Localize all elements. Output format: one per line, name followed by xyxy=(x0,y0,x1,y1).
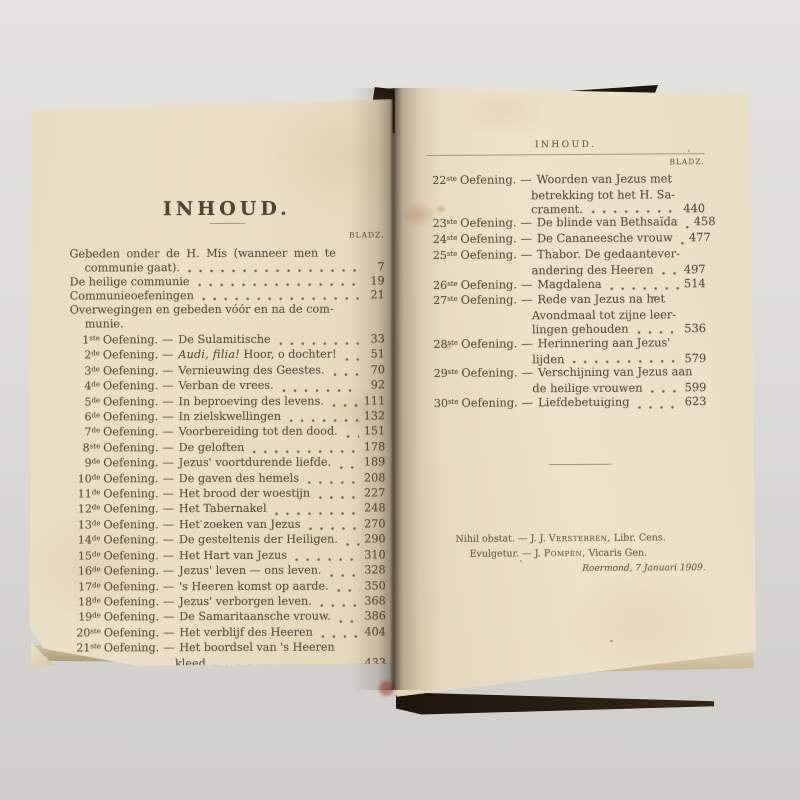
entry-title: Woorden van Jezus met xyxy=(537,172,673,187)
leader-dots xyxy=(337,588,360,592)
entry-ordinal-suffix: ste xyxy=(447,234,458,242)
toc-entry: 2deOefening.—Audi, filia! Hoor, o dochte… xyxy=(70,348,385,365)
entry-number: 29 xyxy=(434,367,448,380)
entry-ordinal: 26ste xyxy=(428,278,458,294)
entry-page-number: 310 xyxy=(362,548,386,561)
entry-dash: — xyxy=(163,610,174,623)
entry-title: Gebeden onder de H. Mis (wanneer men te xyxy=(70,247,336,262)
entry-ordinal: 18de xyxy=(71,595,101,611)
toc-entry: Communieoefeningen21 xyxy=(70,288,385,303)
entry-ordinal: 30ste xyxy=(428,397,458,413)
entry-ordinal: 19de xyxy=(71,611,101,627)
leader-dots xyxy=(346,542,360,546)
entry-ordinal: 25ste xyxy=(427,249,457,265)
toc-entry: Gebeden onder de H. Mis (wanneer men tec… xyxy=(70,246,385,275)
entry-ordinal-suffix: de xyxy=(92,612,101,620)
toc-line: kleed433 xyxy=(71,656,386,671)
entry-dash: — xyxy=(162,379,173,392)
entry-ordinal-suffix: de xyxy=(92,535,101,543)
entry-title: Het verblijf des Heeren xyxy=(179,625,312,639)
entry-label: Oefening. xyxy=(103,333,158,347)
foxing-speck xyxy=(200,520,202,522)
entry-dash: — xyxy=(162,441,173,454)
toc-entry: 14deOefening.—De gesteltenis der Heilige… xyxy=(71,533,386,550)
entry-dash: — xyxy=(163,564,174,577)
toc-line: 14deOefening.—De gesteltenis der Heilige… xyxy=(71,533,386,550)
entry-dash: — xyxy=(163,487,174,500)
toc-entry: 18deOefening.—Jezus' verborgen leven.368 xyxy=(71,594,386,611)
entry-dash: — xyxy=(163,533,174,546)
entry-label: Oefening. xyxy=(104,533,159,547)
entry-ordinal: 3de xyxy=(70,364,100,380)
entry-label: Oefening. xyxy=(103,503,158,517)
entry-number: 18 xyxy=(78,595,92,608)
entry-page-number: 151 xyxy=(361,425,385,438)
entry-dash: — xyxy=(521,294,532,308)
entry-title: Jezus' voortdurende liefde. xyxy=(179,456,331,470)
entry-number: 30 xyxy=(434,397,448,410)
leader-dots xyxy=(681,241,685,245)
leader-dots xyxy=(275,511,360,515)
toc-entry: 9deOefening.—Jezus' voortdurende liefde.… xyxy=(70,456,385,473)
entry-ordinal: 28ste xyxy=(428,338,458,354)
entry-ordinal: 22ste xyxy=(427,174,457,190)
entry-ordinal-suffix: ste xyxy=(448,368,459,376)
toc-line: 2deOefening.—Audi, filia! Hoor, o dochte… xyxy=(70,348,385,365)
title-rule xyxy=(209,223,245,224)
entry-label: Oefening. xyxy=(103,456,158,470)
entry-title: Thabor. De gedaantever- xyxy=(537,247,680,262)
toc-entry: 27steOefening.—Rede van Jezus na hetAvon… xyxy=(428,292,706,337)
entry-label: Oefening. xyxy=(461,367,517,381)
entry-ordinal: 24ste xyxy=(427,233,457,249)
entry-dash: — xyxy=(163,595,174,608)
toc-entry: 25steOefening.—Thabor. De gedaantever-an… xyxy=(427,247,705,279)
entry-title: De Samaritaansche vrouw. xyxy=(179,610,331,624)
front-matter-list: Gebeden onder de H. Mis (wanneer men tec… xyxy=(70,246,385,331)
entry-number: 14 xyxy=(78,534,92,547)
entry-title: De blinde van Bethsaïda xyxy=(537,216,678,231)
toc-entry: 8steOefening.—De geloften178 xyxy=(70,440,385,457)
entry-page-number: 623 xyxy=(682,395,706,409)
entry-ordinal: 12de xyxy=(70,503,100,519)
running-head: INHOUD. xyxy=(427,139,705,151)
entry-page-number: 178 xyxy=(361,440,385,453)
entry-ordinal: 17de xyxy=(71,580,101,596)
entry-title: De gesteltenis der Heiligen. xyxy=(179,533,338,547)
entry-title: Voorbereiding tot den dood. xyxy=(179,425,338,439)
leader-dots xyxy=(198,282,359,287)
toc-entry: 20steOefening.—Het verblijf des Heeren40… xyxy=(71,625,386,642)
entry-dash: — xyxy=(163,472,174,485)
entry-page-number: 21 xyxy=(361,288,385,302)
entry-title: Het zoeken van Jezus xyxy=(179,518,301,532)
foxing-speck xyxy=(610,640,613,642)
entry-ordinal-suffix: ste xyxy=(447,279,458,287)
entry-number: 10 xyxy=(78,472,92,485)
entry-page-number: 111 xyxy=(361,394,385,407)
toc-line: 15deOefening.—Het Hart van Jezus310 xyxy=(71,548,386,565)
entry-ordinal: 6de xyxy=(70,410,100,426)
foxing-stain xyxy=(437,206,445,212)
evulgetur-line: Evulgetur. — J. Pompen, Vicaris Gen. xyxy=(456,545,708,562)
leader-dots xyxy=(252,450,359,454)
running-head-rule xyxy=(427,153,705,156)
entry-ordinal-suffix: de xyxy=(91,411,100,419)
toc-line: 18deOefening.—Jezus' verborgen leven.368 xyxy=(71,594,386,611)
sprayed-page-edge-bottom xyxy=(379,681,394,696)
entry-page-number: 404 xyxy=(362,625,386,638)
toc-entry: 30steOefening.—Liefdebetuiging623 xyxy=(428,395,706,413)
entry-number: 16 xyxy=(78,565,92,578)
toc-entry: 28steOefening.—Herinnering aan Jezus'lij… xyxy=(428,336,706,368)
entry-page-number: 92 xyxy=(361,379,385,392)
leader-dots xyxy=(188,268,359,273)
entry-dash: — xyxy=(521,337,532,351)
entry-number: 15 xyxy=(78,549,92,562)
entry-dash: — xyxy=(162,349,173,362)
leader-dots xyxy=(346,434,360,438)
entry-title: andering des Heeren xyxy=(532,263,654,278)
toc-entry: 15deOefening.—Het Hart van Jezus310 xyxy=(71,548,386,565)
toc-line: De heilige communie19 xyxy=(70,274,385,289)
leader-dots xyxy=(651,389,681,393)
entry-title: Het Tabernakel xyxy=(179,502,267,516)
toc-line: 17deOefening.—'s Heeren komst op aarde.3… xyxy=(71,579,386,596)
entry-label: Oefening. xyxy=(460,233,516,247)
toc-line: 13deOefening.—Het zoeken van Jezus270 xyxy=(70,517,385,534)
toc-entry: 1steOefening.—De Sulamitische33 xyxy=(70,332,385,349)
entry-page-number: 7 xyxy=(361,260,385,274)
entry-ordinal-suffix: ste xyxy=(447,250,458,258)
entry-label: Oefening. xyxy=(103,441,158,455)
entry-ordinal: 14de xyxy=(71,534,101,550)
entry-page-number: 386 xyxy=(362,610,386,623)
entry-label: Oefening. xyxy=(103,518,158,532)
leader-dots xyxy=(282,388,359,392)
entry-ordinal: 15de xyxy=(71,549,101,565)
toc-entry: 3deOefening.—Vernieuwing des Geestes.70 xyxy=(70,363,385,380)
entry-ordinal: 20ste xyxy=(71,626,101,642)
entry-page-number: 477 xyxy=(687,231,711,245)
evulgetur-label: Evulgetur. — J. xyxy=(470,548,544,560)
entry-page-number: 248 xyxy=(361,502,385,515)
entry-title: De Cananeesche vrouw xyxy=(537,232,673,247)
foxing-speck xyxy=(688,150,690,152)
entry-title: Audi, filia! Hoor, o dochter! xyxy=(178,348,336,362)
entry-dash: — xyxy=(520,217,531,231)
entry-ordinal: 2de xyxy=(70,349,100,365)
entry-ordinal-suffix: ste xyxy=(90,442,101,450)
entry-ordinal-suffix: de xyxy=(92,550,101,558)
entry-number: 13 xyxy=(78,518,92,531)
toc-entry: 7deOefening.—Voorbereiding tot den dood.… xyxy=(70,425,385,442)
entry-title: In zielskwellingen xyxy=(179,410,282,424)
entry-title: In beproeving des levens. xyxy=(178,394,323,408)
toc-line: 19deOefening.—De Samaritaansche vrouw.38… xyxy=(71,610,386,627)
entry-dash: — xyxy=(162,410,173,423)
entry-title: Jezus' verborgen leven. xyxy=(179,595,312,609)
entry-title: 's Heeren komst op aarde. xyxy=(179,579,329,593)
entry-page-number: 433 xyxy=(362,656,386,669)
entry-page-number: 497 xyxy=(682,263,706,277)
leader-dots xyxy=(638,405,681,409)
entry-dash: — xyxy=(163,641,174,654)
entry-page-number: 579 xyxy=(682,352,706,366)
toc-line: Gebeden onder de H. Mis (wanneer men te xyxy=(70,246,385,261)
toc-line: 1steOefening.—De Sulamitische33 xyxy=(70,332,385,349)
entry-page-number: 208 xyxy=(361,471,385,484)
entry-dash: — xyxy=(162,426,173,439)
entry-title: Het brood der woestijn xyxy=(179,487,310,501)
entry-label: Oefening. xyxy=(103,426,158,440)
leader-dots xyxy=(329,573,359,577)
entry-dash: — xyxy=(163,580,174,593)
entry-label: Oefening. xyxy=(460,173,516,187)
entry-ordinal-suffix: ste xyxy=(447,218,458,226)
entry-dash: — xyxy=(163,503,174,516)
toc-line: 3deOefening.—Vernieuwing des Geestes.70 xyxy=(70,363,385,380)
entry-ordinal-suffix: de xyxy=(92,504,101,512)
toc-line: Communieoefeningen21 xyxy=(70,288,385,303)
entry-ordinal-suffix: ste xyxy=(446,175,457,183)
toc-line: 21steOefening.—Het boordsel van 's Heere… xyxy=(71,641,386,658)
entry-label: Oefening. xyxy=(460,217,516,231)
toc-entry: De heilige communie19 xyxy=(70,274,385,289)
entry-number: 11 xyxy=(78,487,92,500)
entry-title: Rede van Jezus na het xyxy=(537,293,665,308)
entry-title: kleed xyxy=(175,657,206,671)
toc-entry: 12deOefening.—Het Tabernakel248 xyxy=(70,502,385,519)
toc-entry: 22steOefening.—Woorden van Jezus metbetr… xyxy=(427,172,705,217)
leader-dots xyxy=(345,357,359,361)
entry-ordinal-suffix: de xyxy=(91,396,100,404)
entry-title: Communieoefeningen xyxy=(70,289,194,303)
entry-label: Oefening. xyxy=(103,472,158,486)
entry-label: Oefening. xyxy=(103,487,158,501)
entry-dash: — xyxy=(521,248,532,262)
entry-label: Oefening. xyxy=(461,278,517,292)
leader-dots xyxy=(307,481,359,485)
leader-dots xyxy=(339,465,359,469)
toc-entry: 6deOefening.—In zielskwellingen132 xyxy=(70,409,385,426)
entry-page-number: 270 xyxy=(361,517,385,530)
toc-line: 8steOefening.—De geloften178 xyxy=(70,440,385,457)
entry-dash: — xyxy=(163,549,174,562)
entry-dash: — xyxy=(163,518,174,531)
entry-number: 17 xyxy=(78,580,92,593)
entry-ordinal: 7de xyxy=(70,426,100,442)
entry-label: Oefening. xyxy=(103,379,158,393)
entry-label: Oefening. xyxy=(103,364,158,378)
entry-page-number: 514 xyxy=(682,277,706,291)
entry-number: 24 xyxy=(433,233,447,246)
entry-ordinal-suffix: de xyxy=(91,381,100,389)
book-cover-edge-bottom xyxy=(396,692,714,715)
toc-line: 20steOefening.—Het verblijf des Heeren40… xyxy=(71,625,386,642)
entry-dash: — xyxy=(520,173,531,187)
entry-title: communie gaat). xyxy=(85,261,180,275)
entry-label: Oefening. xyxy=(104,641,159,655)
page-column-header: BLADZ. xyxy=(427,157,705,168)
toc-entry: 4deOefening.—Verban de vrees.92 xyxy=(70,379,385,396)
entry-page-number: 290 xyxy=(362,533,386,546)
entry-number: 23 xyxy=(433,217,447,230)
leader-dots xyxy=(591,210,679,215)
toc-entry: 19deOefening.—De Samaritaansche vrouw.38… xyxy=(71,610,386,627)
entry-ordinal-suffix: de xyxy=(92,488,101,496)
entry-label: Oefening. xyxy=(104,626,159,640)
entry-ordinal-suffix: de xyxy=(91,350,100,358)
toc-line: 4deOefening.—Verban de vrees.92 xyxy=(70,379,385,396)
entry-label: Oefening. xyxy=(104,564,159,578)
nihil-obstat-line: Nihil obstat. — J. J. Versterren, Libr. … xyxy=(455,530,707,547)
entry-ordinal-suffix: ste xyxy=(90,627,101,635)
entry-dash: — xyxy=(521,232,532,246)
leader-dots xyxy=(333,373,359,377)
entry-ordinal-suffix: de xyxy=(92,427,101,435)
book-photo: INHOUD. BLADZ. Gebeden onder de H. Mis (… xyxy=(0,0,800,800)
entry-title: De gaven des hemels xyxy=(179,471,299,485)
nihil-obstat-label: Nihil obstat. — J. J. xyxy=(455,533,548,545)
entry-number: 20 xyxy=(76,626,90,639)
toc-line: 9deOefening.—Jezus' voortdurende liefde.… xyxy=(70,456,385,473)
toc-line: Overwegingen en gebeden vóór en na de co… xyxy=(70,302,385,317)
entry-dash: — xyxy=(162,333,173,346)
toc-entry: 16deOefening.—Jezus' leven — ons leven.3… xyxy=(71,563,386,580)
entry-ordinal: 27ste xyxy=(428,294,458,310)
toc-entry: 17deOefening.—'s Heeren komst op aarde.3… xyxy=(71,579,386,596)
entry-number: 19 xyxy=(78,611,92,624)
entry-ordinal-suffix: de xyxy=(92,519,101,527)
entry-page-number: 458 xyxy=(691,215,715,229)
leader-dots xyxy=(320,604,360,608)
leader-dots xyxy=(332,404,359,408)
entry-ordinal-suffix: de xyxy=(92,596,101,604)
entry-title: Vernieuwing des Geestes. xyxy=(178,363,324,377)
leader-dots xyxy=(686,225,690,229)
entry-title: De heilige communie xyxy=(70,275,190,289)
leader-dots xyxy=(637,330,680,334)
entry-title: betrekking tot het H. Sa- xyxy=(531,188,675,203)
entry-page-number: 368 xyxy=(362,594,386,607)
entry-dash: — xyxy=(163,456,174,469)
entry-page-number: 227 xyxy=(361,486,385,499)
toc-line: 10deOefening.—De gaven des hemels208 xyxy=(70,471,385,488)
vicar-name: Pompen, xyxy=(544,548,586,559)
toc-line: 11deOefening.—Het brood der woestijn227 xyxy=(70,486,385,503)
entry-ordinal-suffix: ste xyxy=(90,643,101,651)
entry-page-number: 350 xyxy=(362,579,386,592)
censor-title: Libr. Cens. xyxy=(611,532,666,543)
toc-entry: 10deOefening.—De gaven des hemels208 xyxy=(70,471,385,488)
imprimatur-block: Nihil obstat. — J. J. Versterren, Libr. … xyxy=(455,530,707,578)
entry-title: munie. xyxy=(85,317,124,331)
entry-page-number: 51 xyxy=(361,348,385,361)
entry-label: Oefening. xyxy=(461,294,517,308)
entry-title: De geloften xyxy=(179,441,245,455)
entry-label: Oefening. xyxy=(104,610,159,624)
right-page: INHOUD. BLADZ. 22steOefening.—Woorden va… xyxy=(394,86,756,698)
entry-page-number: 33 xyxy=(361,332,385,345)
entry-ordinal: 29ste xyxy=(428,367,458,383)
entry-number: 12 xyxy=(78,503,92,516)
entry-title: Het boordsel van 's Heeren xyxy=(179,641,334,655)
entry-ordinal: 1ste xyxy=(70,333,100,349)
entry-ordinal: 4de xyxy=(70,380,100,396)
entry-dash: — xyxy=(163,626,174,639)
entry-title: Verban de vrees. xyxy=(178,379,273,393)
censor-name: Versterren, xyxy=(549,533,611,544)
entry-label: Oefening. xyxy=(461,337,517,351)
leader-dots xyxy=(214,663,360,668)
entry-label: Oefening. xyxy=(104,580,159,594)
contents-title: INHOUD. xyxy=(69,197,384,220)
entry-label: Oefening. xyxy=(103,410,158,424)
toc-entry: Overwegingen en gebeden vóór en na de co… xyxy=(70,302,385,331)
entry-ordinal: 5de xyxy=(70,395,100,411)
entry-number: 26 xyxy=(433,278,447,291)
leader-dots xyxy=(308,527,359,531)
entry-number: 27 xyxy=(433,294,447,307)
entry-ordinal: 16de xyxy=(71,564,101,580)
entry-dash: — xyxy=(522,367,533,381)
entry-ordinal: 23ste xyxy=(427,217,457,233)
toc-entry: 21steOefening.—Het boordsel van 's Heere… xyxy=(71,641,386,671)
entry-title: Het Hart van Jezus xyxy=(179,548,287,562)
entry-ordinal-suffix: de xyxy=(92,581,101,589)
toc-line: 7deOefening.—Voorbereiding tot den dood.… xyxy=(70,425,385,442)
entry-ordinal-suffix: ste xyxy=(447,295,458,303)
entry-title: Verschijning van Jezus aan xyxy=(538,366,693,381)
leader-dots xyxy=(572,360,680,365)
entry-number: 25 xyxy=(433,249,447,262)
entry-ordinal: 11de xyxy=(70,487,100,503)
entry-title: Overwegingen en gebeden vóór en na de co… xyxy=(70,303,334,318)
entry-label: Oefening. xyxy=(104,549,159,563)
leader-dots xyxy=(279,342,359,346)
toc-line: munie. xyxy=(70,316,385,331)
entry-label: Oefening. xyxy=(103,349,158,363)
right-toc-list: 22steOefening.—Woorden van Jezus metbetr… xyxy=(427,172,707,413)
entry-ordinal: 9de xyxy=(70,457,100,473)
left-toc-list: 1steOefening.—De Sulamitische332deOefeni… xyxy=(70,332,386,670)
leader-dots xyxy=(295,558,360,562)
entry-title: De Sulamitische xyxy=(178,333,270,347)
leader-dots xyxy=(339,619,360,623)
entry-ordinal-suffix: de xyxy=(91,365,100,373)
page-column-header: BLADZ. xyxy=(69,230,384,240)
entry-dash: — xyxy=(521,278,532,292)
entry-page-number: 536 xyxy=(682,322,706,336)
leader-dots xyxy=(318,496,359,500)
entry-number: 22 xyxy=(432,174,446,187)
entry-ordinal-suffix: de xyxy=(92,458,101,466)
entry-page-number: 70 xyxy=(361,363,385,376)
entry-ordinal-suffix: ste xyxy=(89,334,100,342)
entry-title: Herinnering aan Jezus' xyxy=(538,336,671,351)
entry-label: Oefening. xyxy=(103,395,158,409)
toc-entry: 5deOefening.—In beproeving des levens.11… xyxy=(70,394,385,411)
leader-dots xyxy=(610,287,680,291)
foxing-stain xyxy=(445,344,452,349)
left-page: INHOUD. BLADZ. Gebeden onder de H. Mis (… xyxy=(28,98,394,668)
entry-title: Magdalena xyxy=(537,277,601,291)
leader-dots xyxy=(662,271,680,275)
entry-page-number: 328 xyxy=(362,563,386,576)
entry-dash: — xyxy=(162,395,173,408)
entry-label: Oefening. xyxy=(460,248,516,262)
